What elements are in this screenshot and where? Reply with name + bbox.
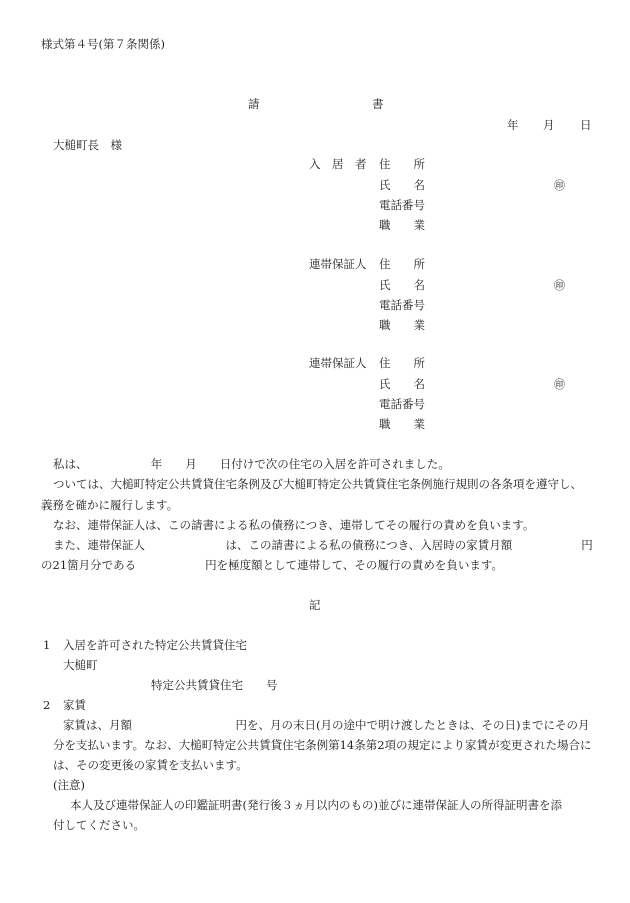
- body-line-1: 私は、 年 月 日付けで次の住宅の入居を許可されました。: [53, 459, 450, 471]
- date-day-label: 日: [580, 120, 592, 132]
- ki-heading: 記: [309, 600, 321, 612]
- note-line-1: 本人及び連帯保証人の印鑑証明書(発行後３ヵ月以内のもの)並びに連帯保証人の所得証…: [70, 800, 562, 812]
- field-phone-label: 電話番号: [379, 200, 425, 212]
- field-phone-label: 電話番号: [379, 399, 425, 411]
- field-name-label: 氏 名: [379, 180, 425, 192]
- addressee: 大槌町長 様: [53, 140, 122, 152]
- item-number: 1: [43, 640, 50, 652]
- field-occupation-label: 職 業: [379, 320, 425, 332]
- party-role: 入 居 者: [309, 159, 367, 171]
- body-line-6: の21箇月分である 円を極度額として連帯して、その履行の責めを負います。: [41, 560, 503, 572]
- party-role: 連帯保証人: [309, 259, 367, 271]
- seal-icon: ㊞: [554, 280, 565, 291]
- body-line-3: 義務を確かに履行します。: [41, 500, 178, 512]
- item-housing-number: 特定公共賃貸住宅 号: [151, 680, 278, 692]
- item-number: 2: [43, 700, 50, 712]
- body-line-4: なお、連帯保証人は、この請書による私の債務につき、連帯してその履行の責めを負いま…: [53, 520, 534, 532]
- item-title: 入居を許可された特定公共賃貸住宅: [63, 640, 247, 652]
- field-name-label: 氏 名: [379, 379, 425, 391]
- form-number: 様式第４号(第７条関係): [41, 39, 165, 51]
- title-char-left: 請: [248, 99, 260, 111]
- field-address-label: 住 所: [379, 358, 425, 370]
- note-line-2: 付してください。: [53, 820, 145, 832]
- rent-line-2: 分を支払います。なお、大槌町特定公共賃貸住宅条例第14条第2項の規定により家賃が…: [53, 740, 592, 752]
- body-line-5: また、連帯保証人 は、この請書による私の債務につき、入居時の家賃月額 円: [53, 540, 593, 552]
- date-year-label: 年: [507, 120, 519, 132]
- field-occupation-label: 職 業: [379, 220, 425, 232]
- field-phone-label: 電話番号: [379, 300, 425, 312]
- rent-line-1: 家賃は、月額 円を、月の末日(月の途中で明け渡したときは、その日)までにその月: [63, 720, 589, 732]
- rent-line-3: は、その変更後の家賃を支払います。: [53, 760, 248, 772]
- title-char-right: 書: [372, 99, 384, 111]
- field-address-label: 住 所: [379, 159, 425, 171]
- item-title: 家賃: [63, 700, 86, 712]
- party-role: 連帯保証人: [309, 358, 367, 370]
- body-line-2: ついては、大槌町特定公共賃貸住宅条例及び大槌町特定公共賃貸住宅条例施行規則の各条…: [53, 479, 582, 491]
- note-label: (注意): [53, 780, 85, 792]
- seal-icon: ㊞: [554, 379, 565, 390]
- field-name-label: 氏 名: [379, 280, 425, 292]
- date-month-label: 月: [543, 120, 555, 132]
- item-town: 大槌町: [63, 660, 98, 672]
- seal-icon: ㊞: [554, 180, 565, 191]
- field-occupation-label: 職 業: [379, 419, 425, 431]
- field-address-label: 住 所: [379, 259, 425, 271]
